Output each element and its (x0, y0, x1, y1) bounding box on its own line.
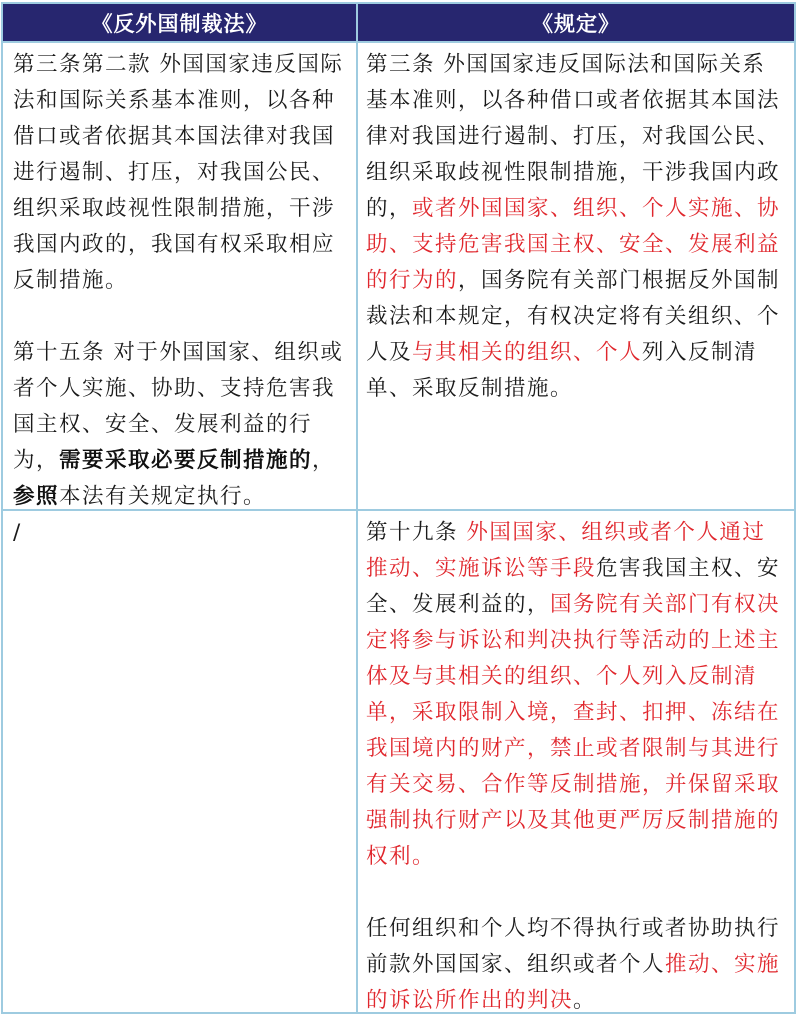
article-15-comma: ， (312, 448, 335, 473)
provision-3-highlight-2: 与其相关的组织、个人 (412, 340, 642, 365)
provision-article-19-para-2: 任何组织和个人均不得执行或者协助执行前款外国国家、组织或者个人推动、实施的诉讼所… (366, 911, 788, 1012)
row1-left-cell: 第三条第二款 外国国家违反国际法和国际关系基本准则，以各种借口或者依据其本国法律… (3, 41, 358, 509)
article-15-bold-refer: 参照 (13, 484, 59, 509)
article-15-bold-measures: 需要采取必要反制措施的 (59, 448, 312, 473)
no-corresponding-article: / (13, 515, 348, 551)
row2-right-cell: 第十九条 外国国家、组织或者个人通过推动、实施诉讼等手段危害我国主权、安全、发展… (358, 509, 794, 1012)
paragraph-gap (366, 875, 788, 911)
header-provisions: 《规定》 (358, 4, 794, 41)
article-15-tail: 本法有关规定执行。 (59, 484, 266, 509)
provision-article-19-para-1: 第十九条 外国国家、组织或者个人通过推动、实施诉讼等手段危害我国主权、安全、发展… (366, 515, 788, 875)
article-15: 第十五条 对于外国国家、组织或者个人实施、协助、支持危害我国主权、安全、发展利益… (13, 335, 348, 509)
header-anti-foreign-sanctions-law: 《反外国制裁法》 (3, 4, 358, 41)
article-3-para-2: 第三条第二款 外国国家违反国际法和国际关系基本准则，以各种借口或者依据其本国法律… (13, 47, 348, 299)
provision-19-p2-tail: 。 (573, 988, 596, 1012)
paragraph-gap (13, 299, 348, 335)
row2-left-cell: / (3, 509, 358, 1012)
provision-19-highlight-2: 国务院有关部门有权决定将参与诉讼和判决执行等活动的上述主体及与其相关的组织、个人… (366, 592, 780, 869)
comparison-table: 《反外国制裁法》 《规定》 第三条第二款 外国国家违反国际法和国际关系基本准则，… (1, 2, 796, 1014)
provision-19-label: 第十九条 (366, 520, 466, 545)
provision-article-3: 第三条 外国国家违反国际法和国际关系基本准则，以各种借口或者依据其本国法律对我国… (366, 47, 788, 407)
row1-right-cell: 第三条 外国国家违反国际法和国际关系基本准则，以各种借口或者依据其本国法律对我国… (358, 41, 794, 509)
